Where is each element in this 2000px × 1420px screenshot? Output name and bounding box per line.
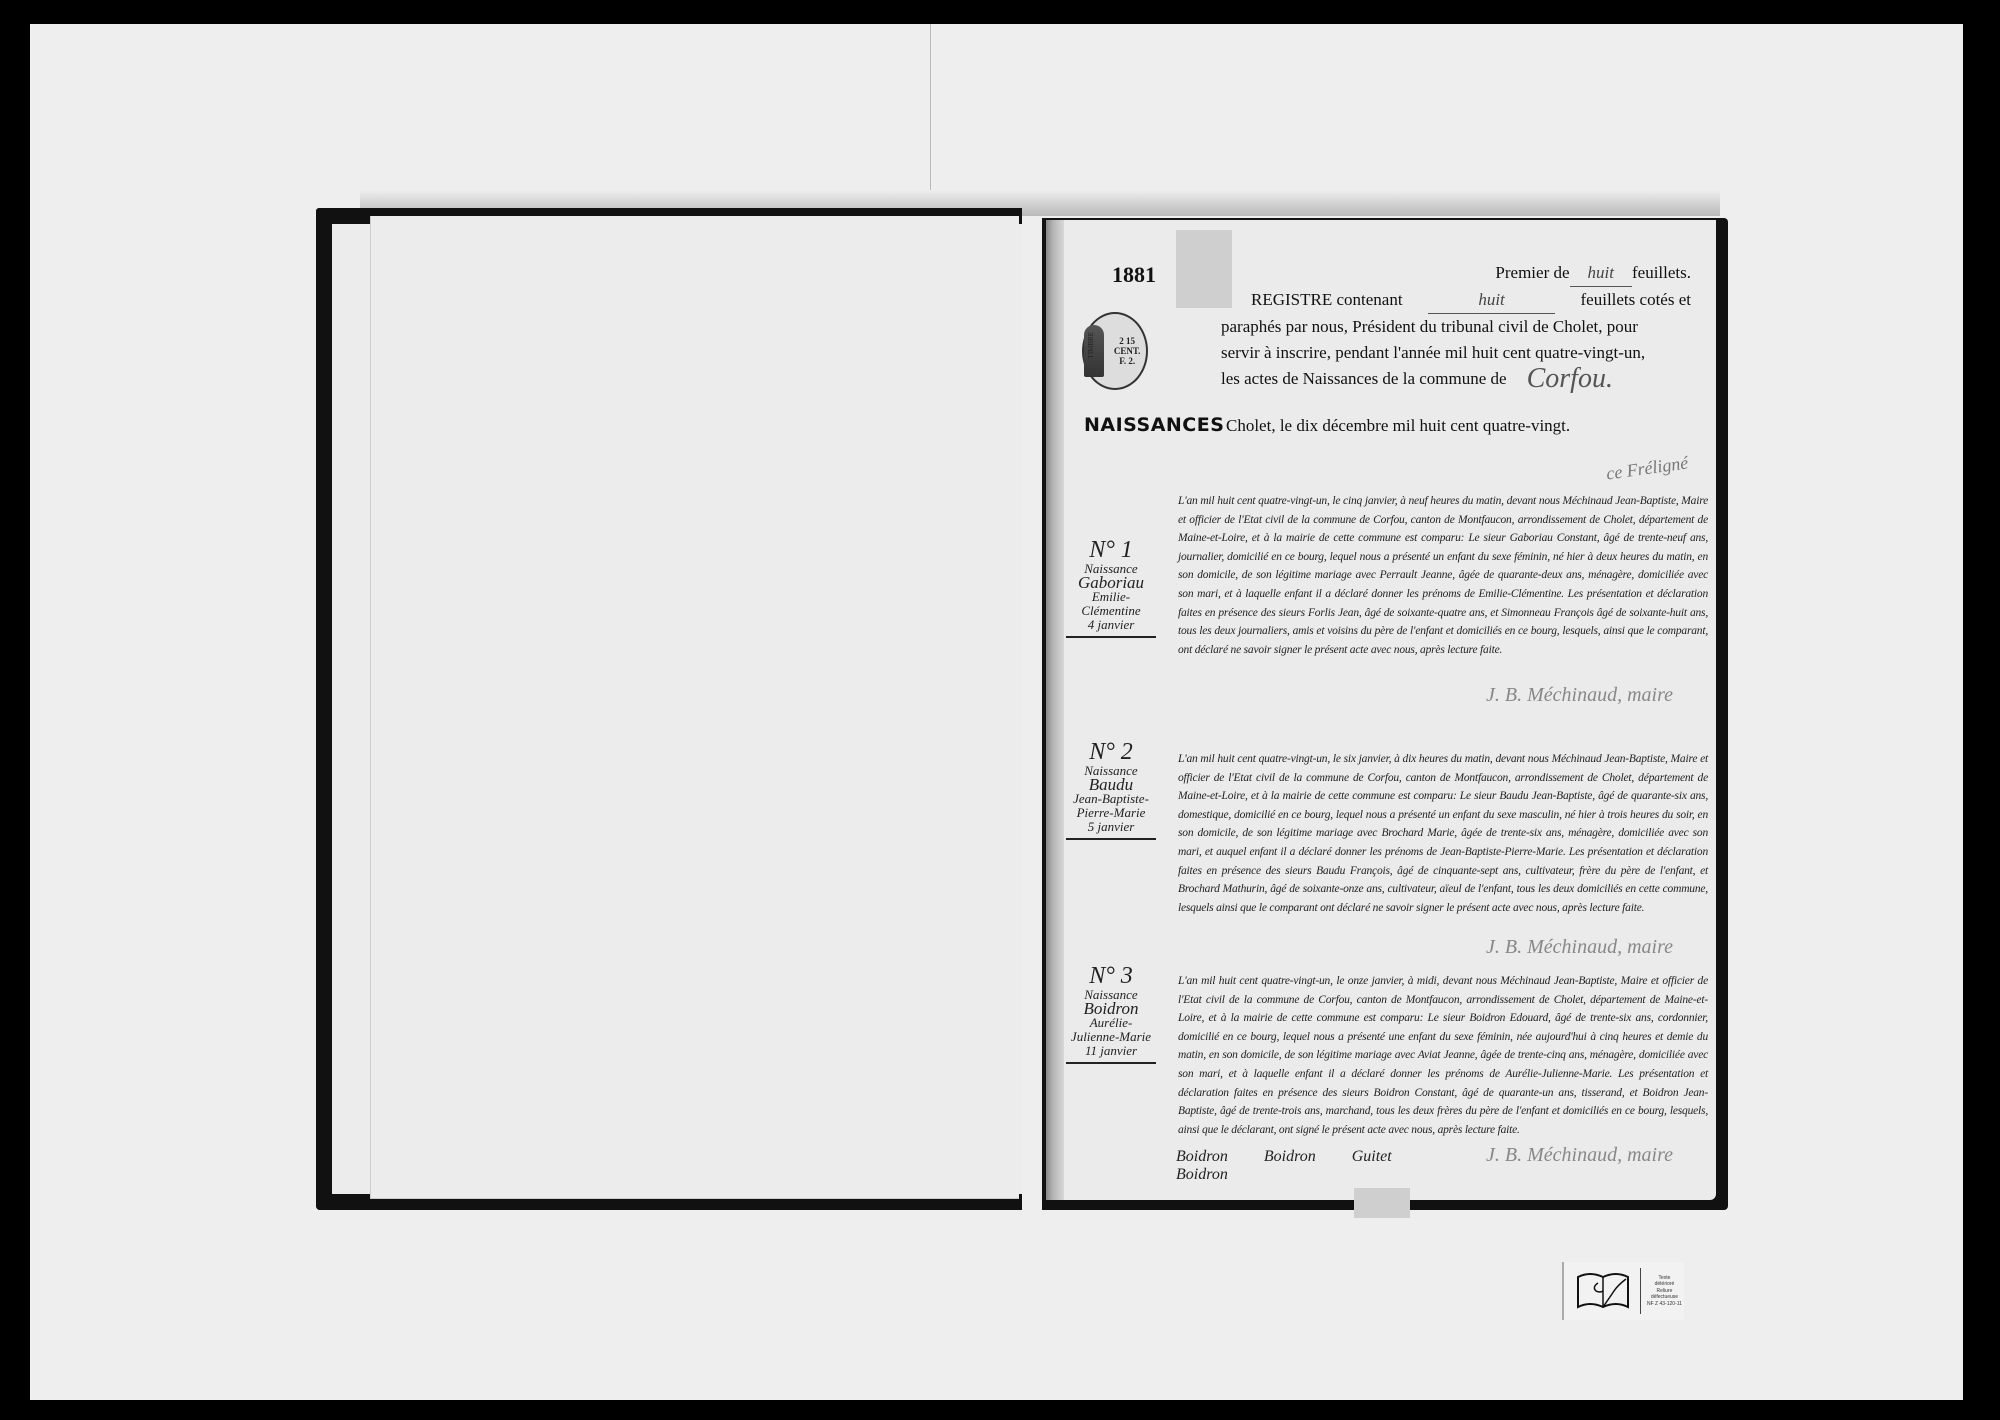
stamp-denomination: F. 2. [1108,356,1146,366]
stamp-arc-text: TIMBRE [1087,332,1095,358]
header-line2-handwritten: huit [1428,287,1554,314]
header-line1-suffix: feuillets. [1632,260,1691,287]
witness-signatures: Boidron Boidron Boidron Guitet [1176,1148,1392,1184]
stamp-value: 2 15 CENT. [1108,336,1146,356]
entry-margin-note: N° 3 Naissance Boidron Aurélie-Julienne-… [1066,964,1156,1064]
entry-body: L'an mil huit cent quatre-vingt-un, le c… [1178,492,1708,659]
left-blank-page [370,216,1019,1199]
entry-given-names: Jean-Baptiste-Pierre-Marie [1066,792,1156,820]
register-year: 1881 [1112,262,1156,288]
stamp-divider [1640,1268,1641,1314]
right-page: 1881 TIMBRE 2 15 CENT. F. 2. NAISSANCES … [1046,220,1716,1200]
scanner-fold-line [930,24,931,194]
repair-tape [1354,1188,1410,1218]
entry-surname: Gaboriau [1066,576,1156,590]
entry-given-names: Aurélie-Julienne-Marie [1066,1016,1156,1044]
entry-date: 11 janvier [1066,1044,1156,1058]
header-line4: servir à inscrire, pendant l'année mil h… [1221,340,1691,366]
entry-given-names: Emilie-Clémentine [1066,590,1156,618]
witness-signature: Boidron [1176,1148,1228,1166]
header-line1-prefix: Premier de [1495,260,1569,287]
entry-number: N° 3 [1066,964,1156,988]
entry-body: L'an mil huit cent quatre-vingt-un, le o… [1178,972,1708,1139]
witness-signature: Boidron [1176,1166,1228,1184]
header-line5-prefix: les actes de Naissances de la commune de [1221,366,1507,392]
left-endpaper-flap [332,216,371,1186]
page-gutter [1046,220,1064,1200]
witness-signature: Guitet [1352,1148,1392,1184]
entry-surname: Baudu [1066,778,1156,792]
tax-stamp-medallion: TIMBRE 2 15 CENT. F. 2. [1082,312,1148,390]
stamp-line: NF Z 43-120-11 [1647,1301,1682,1308]
witness-signature: Boidron [1264,1148,1316,1184]
stamp-line: défectueuse [1647,1294,1682,1301]
entry-date: 4 janvier [1066,618,1156,632]
margin-annotation: ce Fréligné [1605,452,1690,484]
register-book: 1881 TIMBRE 2 15 CENT. F. 2. NAISSANCES … [316,208,1728,1210]
mayor-signature: J. B. Méchinaud, maire [1486,1144,1673,1167]
archive-condition-stamp: Texte détérioré Reliure défectueuse NF Z… [1562,1262,1684,1320]
archive-stamp-text: Texte détérioré Reliure défectueuse NF Z… [1647,1275,1682,1308]
header-line2-suffix: feuillets cotés et [1581,287,1691,314]
commune-handwritten: Corfou. [1527,366,1613,392]
entry-margin-note: N° 2 Naissance Baudu Jean-Baptiste-Pierr… [1066,740,1156,840]
header-line3: paraphés par nous, Président du tribunal… [1221,314,1691,340]
entry-surname: Boidron [1066,1002,1156,1016]
header-line1-handwritten: huit [1570,260,1632,287]
section-label: NAISSANCES [1084,414,1224,436]
entry-date: 5 janvier [1066,820,1156,834]
mayor-signature: J. B. Méchinaud, maire [1486,684,1673,707]
mayor-signature: J. B. Méchinaud, maire [1486,936,1673,959]
entry-margin-note: N° 1 Naissance Gaboriau Emilie-Clémentin… [1066,538,1156,638]
entry-number: N° 1 [1066,538,1156,562]
entry-body: L'an mil huit cent quatre-vingt-un, le s… [1178,750,1708,917]
entry-number: N° 2 [1066,740,1156,764]
damaged-book-icon [1576,1271,1630,1311]
date-line: Cholet, le dix décembre mil huit cent qu… [1226,416,1570,436]
register-header: Premier de huit feuillets. REGISTRE cont… [1221,260,1691,392]
header-line2-prefix: REGISTRE contenant [1251,287,1403,314]
